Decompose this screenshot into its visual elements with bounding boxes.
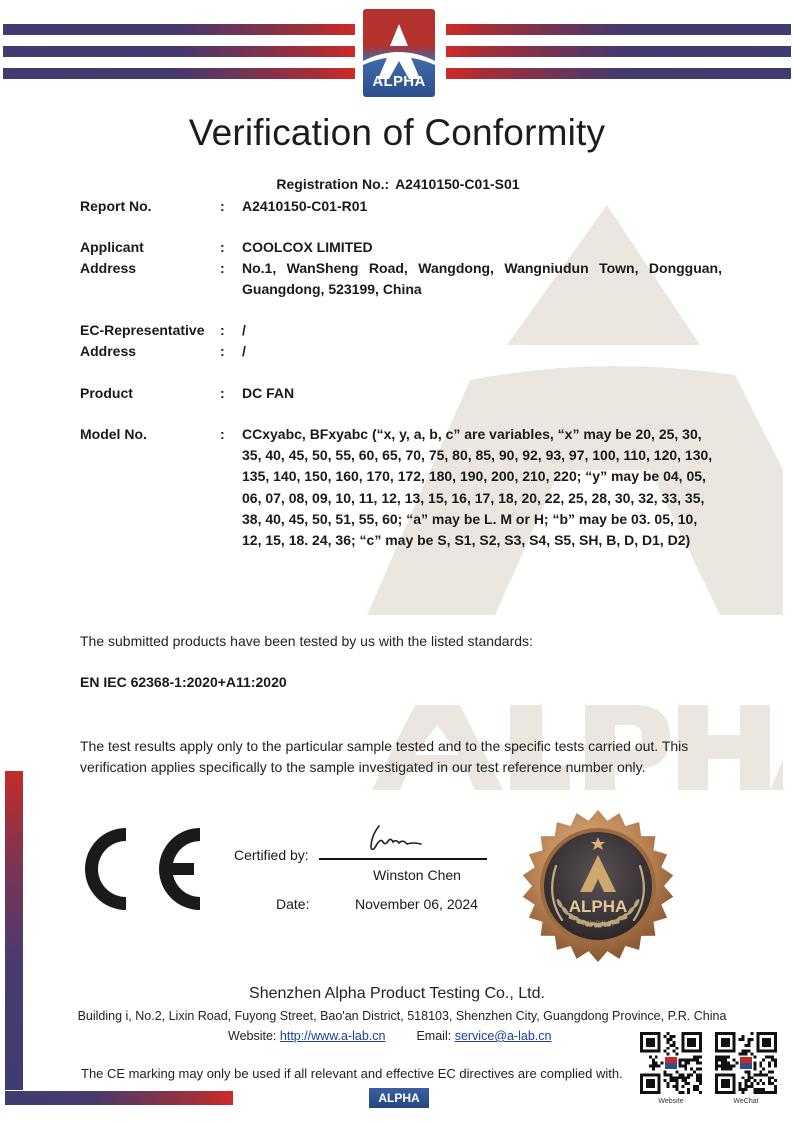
qr-label-wechat: WeChat: [715, 1098, 777, 1105]
company-address: Building i, No.2, Lixin Road, Fuyong Str…: [0, 1009, 794, 1023]
email-link[interactable]: service@a-lab.cn: [455, 1029, 552, 1043]
field-value: /: [242, 320, 722, 341]
field-separator: :: [220, 383, 242, 404]
tested-statement: The submitted products have been tested …: [80, 631, 730, 652]
certified-by-label: Certified by:: [234, 847, 309, 863]
field-model-no: Model No. : CCxyabc, BFxyabc (“x, y, a, …: [80, 424, 720, 551]
svg-text:阿尔法检测: 阿尔法检测: [583, 920, 613, 928]
field-value: A2410150-C01-R01: [242, 196, 722, 217]
contact-info: Website: http://www.a-lab.cn Email: serv…: [228, 1029, 551, 1043]
field-value: CCxyabc, BFxyabc (“x, y, a, b, c” are va…: [242, 424, 720, 551]
logo-text: ALPHA: [363, 73, 435, 90]
field-label: Address: [80, 341, 220, 362]
document-title: Verification of Conformity: [0, 112, 794, 154]
field-separator: :: [220, 424, 242, 551]
decorative-bracket-horizontal: [5, 1091, 233, 1105]
header-stripes-right: [446, 0, 791, 100]
alpha-logo: ALPHA: [363, 9, 435, 97]
field-separator: :: [220, 320, 242, 341]
ce-mark-icon: [82, 826, 206, 912]
field-product: Product : DC FAN: [80, 383, 722, 404]
ce-marking-note: The CE marking may only be used if all r…: [81, 1066, 623, 1081]
field-applicant-address: Address : No.1, WanSheng Road, Wangdong,…: [80, 258, 722, 300]
field-ec-address: Address : /: [80, 341, 722, 362]
registration-value: A2410150-C01-S01: [395, 176, 520, 192]
website-label: Website:: [228, 1029, 276, 1043]
wechat-qr-code[interactable]: [715, 1032, 777, 1094]
standard-reference: EN IEC 62368-1:2020+A11:2020: [80, 674, 287, 690]
decorative-bracket-vertical: [5, 771, 23, 1090]
field-label: Product: [80, 383, 220, 404]
website-qr-code[interactable]: [640, 1032, 702, 1094]
signature-line: [319, 858, 487, 860]
svg-text:ALPHA: ALPHA: [569, 897, 628, 916]
email-label: Email:: [416, 1029, 451, 1043]
field-value: No.1, WanSheng Road, Wangdong, Wangniudu…: [242, 258, 722, 300]
field-label: Address: [80, 258, 220, 300]
signer-name: Winston Chen: [373, 867, 461, 883]
field-value: DC FAN: [242, 383, 722, 404]
field-ec-representative: EC-Representative : /: [80, 320, 722, 341]
alpha-seal-badge: ALPHA 阿尔法检测: [522, 800, 674, 972]
header-stripes-left: [3, 0, 355, 100]
alpha-watermark: [0, 0, 794, 1123]
field-label: Model No.: [80, 424, 220, 551]
date-label: Date:: [276, 896, 309, 912]
signature-image: [365, 822, 425, 856]
field-value: /: [242, 341, 722, 362]
registration-number: Registration No.: A2410150-C01-S01: [0, 176, 794, 192]
qr-label-website: Website: [640, 1098, 702, 1105]
company-name: Shenzhen Alpha Product Testing Co., Ltd.: [0, 985, 794, 1003]
field-label: EC-Representative: [80, 320, 220, 341]
field-separator: :: [220, 196, 242, 217]
field-separator: :: [220, 341, 242, 362]
disclaimer: The test results apply only to the parti…: [80, 736, 720, 778]
field-label: Applicant: [80, 237, 220, 258]
field-value: COOLCOX LIMITED: [242, 237, 722, 258]
field-separator: :: [220, 258, 242, 300]
footer-alpha-badge: ALPHA: [369, 1088, 429, 1108]
field-report-no: Report No. : A2410150-C01-R01: [80, 196, 722, 217]
field-separator: :: [220, 237, 242, 258]
field-label: Report No.: [80, 196, 220, 217]
field-applicant: Applicant : COOLCOX LIMITED: [80, 237, 722, 258]
website-link[interactable]: http://www.a-lab.cn: [280, 1029, 386, 1043]
registration-label: Registration No.:: [276, 176, 389, 192]
issue-date: November 06, 2024: [355, 896, 478, 912]
